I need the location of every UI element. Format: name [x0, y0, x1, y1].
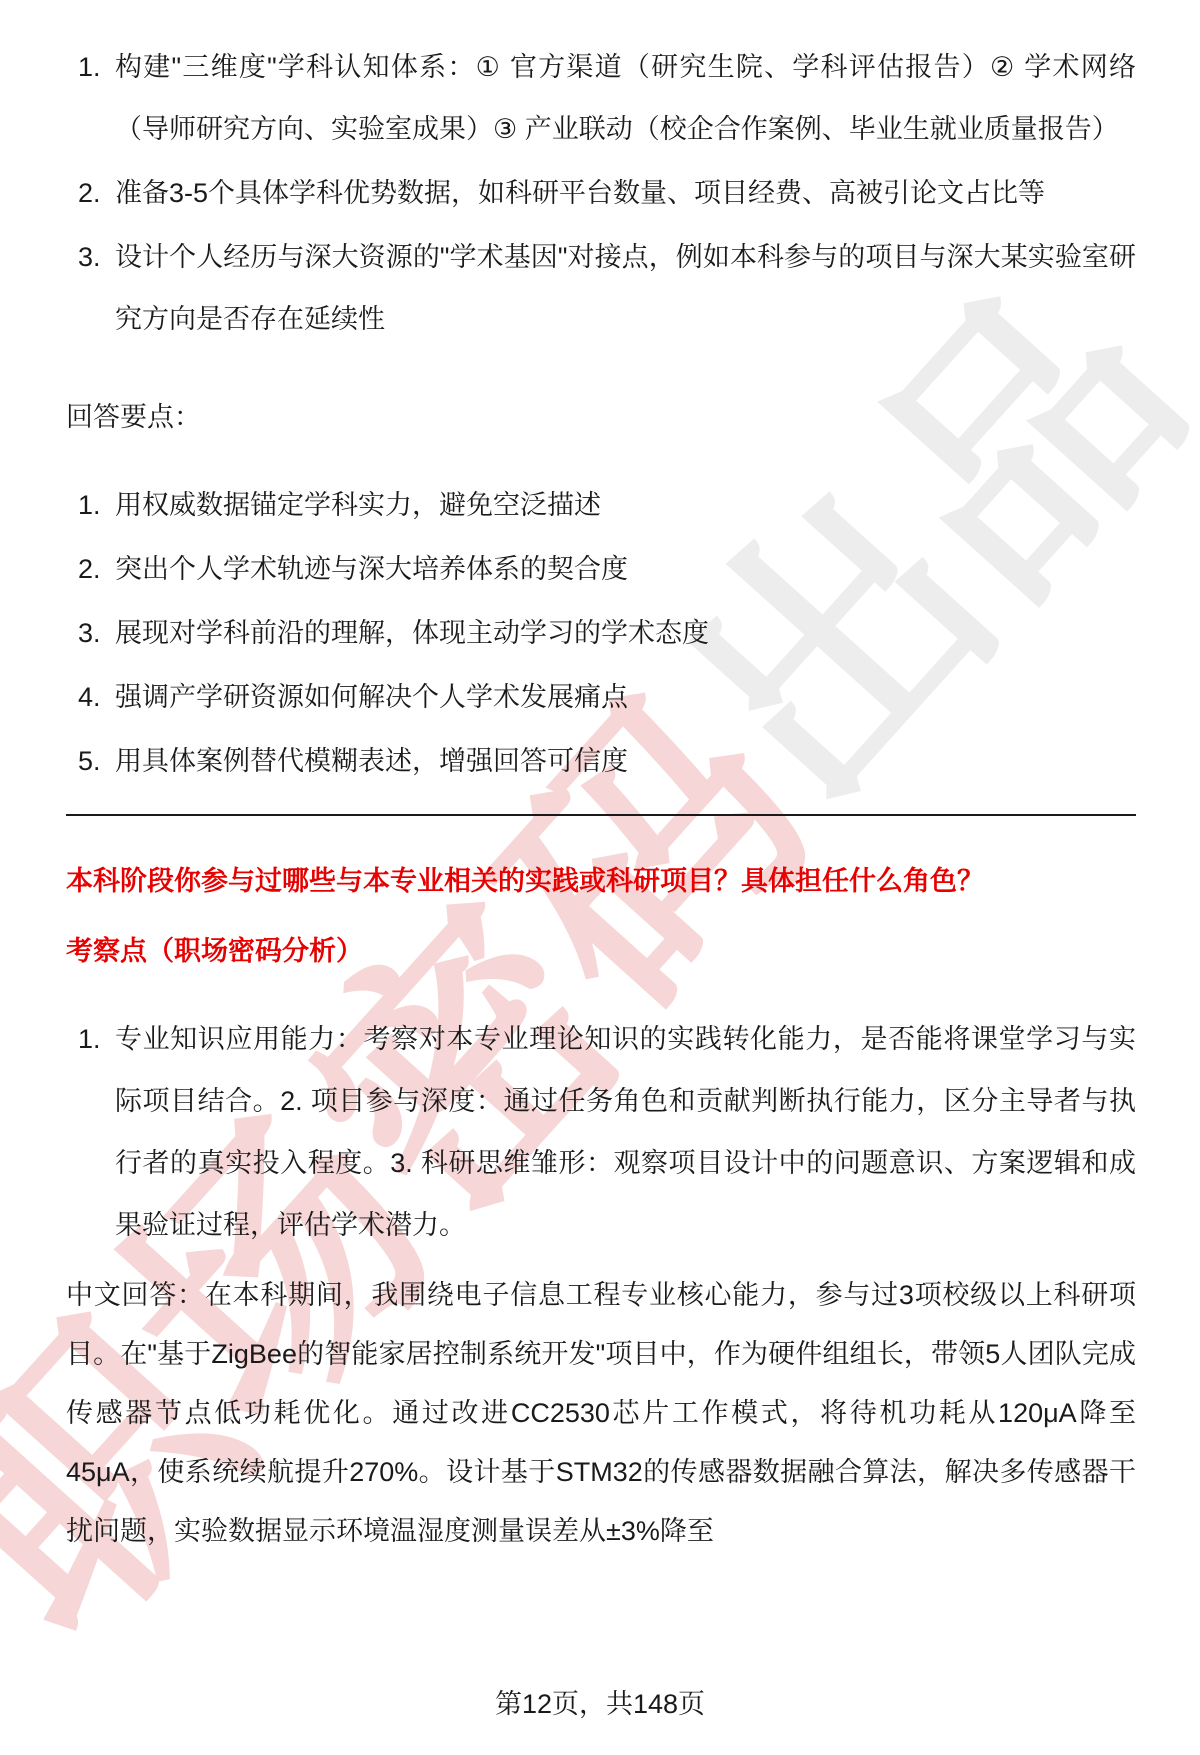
- analysis-list: 1. 专业知识应用能力：考察对本专业理论知识的实践转化能力，是否能将课堂学习与实…: [66, 1008, 1136, 1256]
- list-item-text: 用具体案例替代模糊表述，增强回答可信度: [115, 730, 1136, 792]
- section-divider: [66, 814, 1136, 816]
- analysis-heading: 考察点（职场密码分析）: [66, 920, 1136, 982]
- list-item-number: 1.: [78, 1008, 115, 1070]
- list-item: 5. 用具体案例替代模糊表述，增强回答可信度: [66, 730, 1136, 792]
- list-item: 1. 构建"三维度"学科认知体系：① 官方渠道（研究生院、学科评估报告）② 学术…: [66, 36, 1136, 160]
- list-item-text: 准备3-5个具体学科优势数据，如科研平台数量、项目经费、高被引论文占比等: [115, 162, 1136, 224]
- list-item: 1. 用权威数据锚定学科实力，避免空泛描述: [66, 474, 1136, 536]
- list-item-text: 强调产学研资源如何解决个人学术发展痛点: [115, 666, 1136, 728]
- list-item-text: 设计个人经历与深大资源的"学术基因"对接点，例如本科参与的项目与深大某实验室研究…: [115, 226, 1136, 350]
- list-item-number: 1.: [78, 36, 115, 98]
- list-item: 2. 突出个人学术轨迹与深大培养体系的契合度: [66, 538, 1136, 600]
- list-item-text: 展现对学科前沿的理解，体现主动学习的学术态度: [115, 602, 1136, 664]
- list-item-text: 突出个人学术轨迹与深大培养体系的契合度: [115, 538, 1136, 600]
- prep-list: 1. 构建"三维度"学科认知体系：① 官方渠道（研究生院、学科评估报告）② 学术…: [66, 36, 1136, 350]
- list-item: 2. 准备3-5个具体学科优势数据，如科研平台数量、项目经费、高被引论文占比等: [66, 162, 1136, 224]
- list-item-number: 1.: [78, 474, 115, 536]
- list-item: 4. 强调产学研资源如何解决个人学术发展痛点: [66, 666, 1136, 728]
- list-item-number: 3.: [78, 226, 115, 288]
- list-item: 3. 展现对学科前沿的理解，体现主动学习的学术态度: [66, 602, 1136, 664]
- list-item-text: 用权威数据锚定学科实力，避免空泛描述: [115, 474, 1136, 536]
- page-content: 1. 构建"三维度"学科认知体系：① 官方渠道（研究生院、学科评估报告）② 学术…: [0, 0, 1200, 1755]
- list-item-text: 构建"三维度"学科认知体系：① 官方渠道（研究生院、学科评估报告）② 学术网络（…: [115, 36, 1136, 160]
- answer-points-list: 1. 用权威数据锚定学科实力，避免空泛描述 2. 突出个人学术轨迹与深大培养体系…: [66, 474, 1136, 792]
- list-item-number: 2.: [78, 538, 115, 600]
- list-item-number: 3.: [78, 602, 115, 664]
- list-item-number: 4.: [78, 666, 115, 728]
- question-heading: 本科阶段你参与过哪些与本专业相关的实践或科研项目？具体担任什么角色？: [66, 850, 1136, 912]
- answer-points-heading: 回答要点：: [66, 386, 1136, 448]
- list-item: 3. 设计个人经历与深大资源的"学术基因"对接点，例如本科参与的项目与深大某实验…: [66, 226, 1136, 350]
- list-item: 1. 专业知识应用能力：考察对本专业理论知识的实践转化能力，是否能将课堂学习与实…: [66, 1008, 1136, 1256]
- list-item-number: 5.: [78, 730, 115, 792]
- list-item-number: 2.: [78, 162, 115, 224]
- list-item-text: 专业知识应用能力：考察对本专业理论知识的实践转化能力，是否能将课堂学习与实际项目…: [115, 1008, 1136, 1256]
- page-footer: 第12页，共148页: [0, 1682, 1200, 1721]
- chinese-answer-paragraph: 中文回答：在本科期间，我围绕电子信息工程专业核心能力，参与过3项校级以上科研项目…: [66, 1266, 1136, 1561]
- document-page: 职场密码出品 1. 构建"三维度"学科认知体系：① 官方渠道（研究生院、学科评估…: [0, 0, 1200, 1755]
